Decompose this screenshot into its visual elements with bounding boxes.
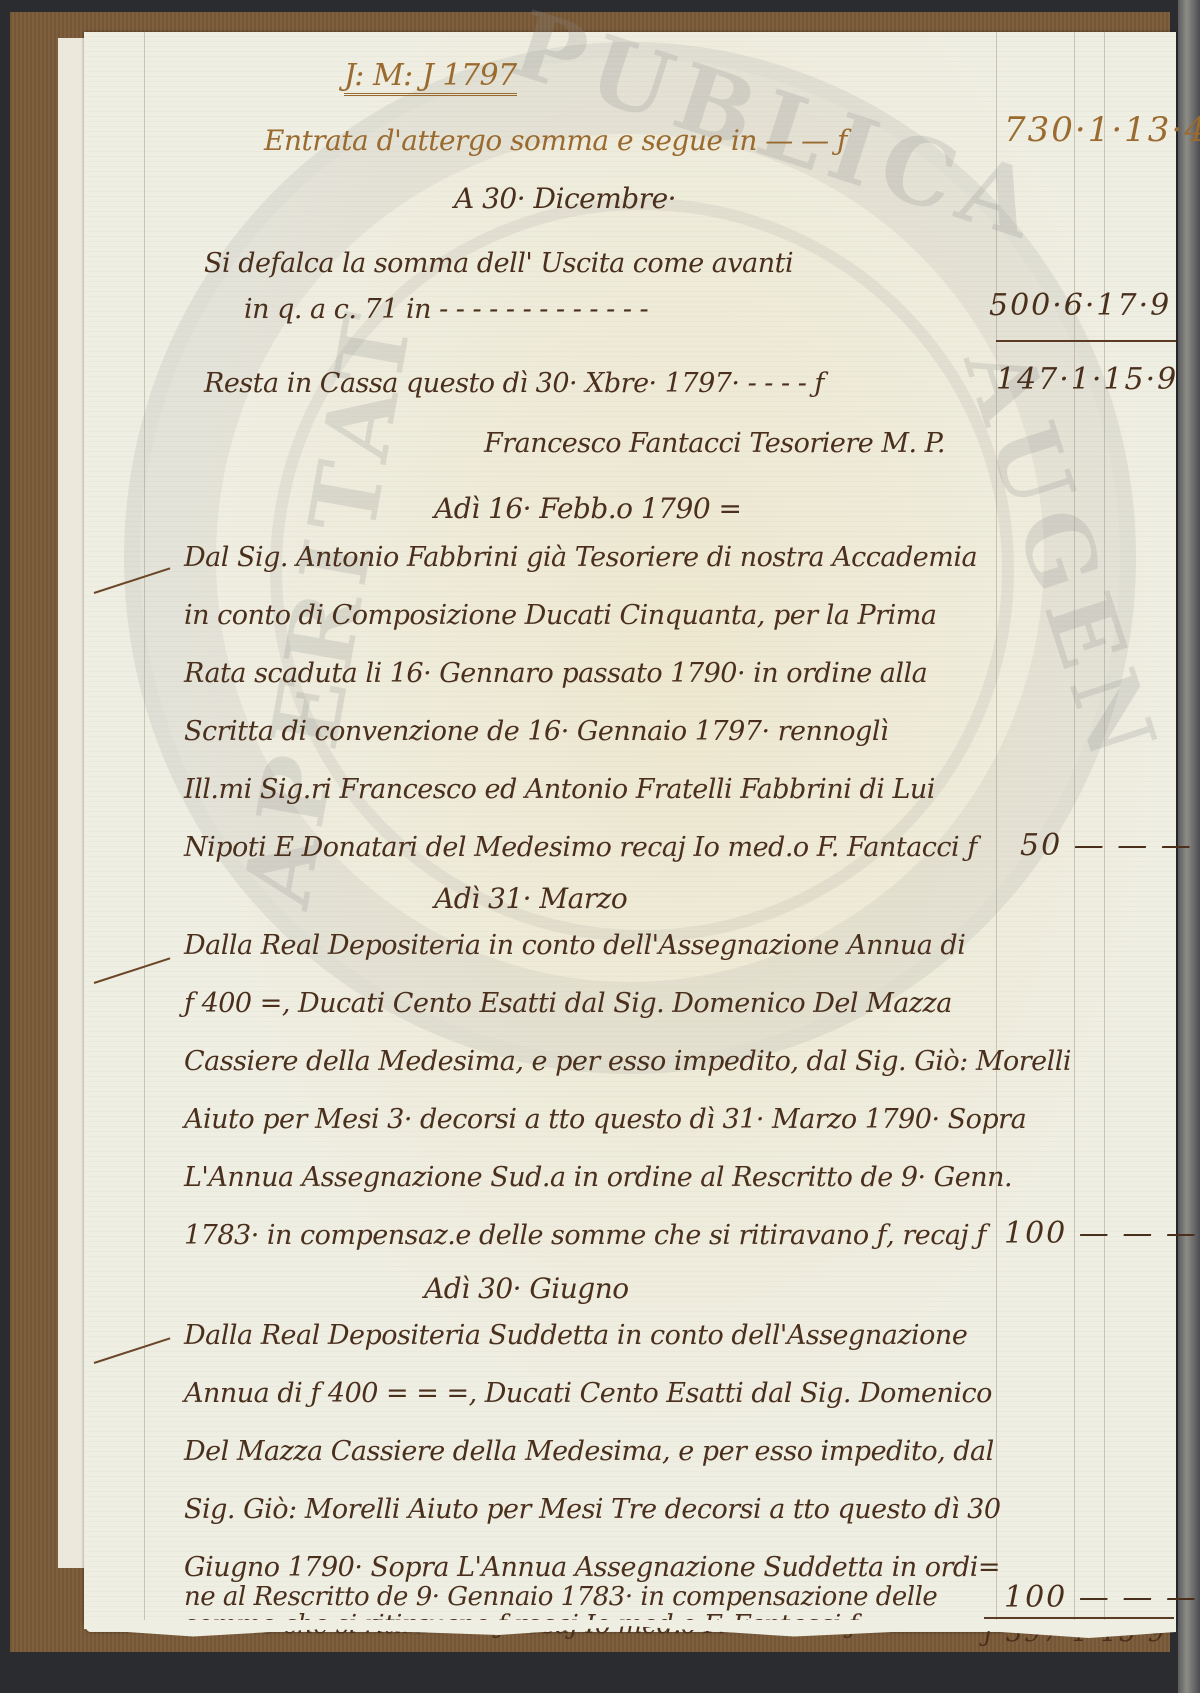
entry-depositeria-2-line-6: ne al Rescritto de 9· Gennaio 1783· in c… — [184, 1582, 937, 1612]
entry-depositeria-2-line-3: Del Mazza Cassiere della Medesima, e per… — [184, 1436, 994, 1467]
entry-depositeria-2-amount: 100 — — — — [1004, 1580, 1198, 1615]
entry-depositeria-1-amount: 100 — — — — [1004, 1216, 1198, 1251]
entry-depositeria-2-line-1: Dalla Real Depositeria Suddetta in conto… — [184, 1320, 967, 1351]
deduction-line-1: Si defalca la somma dell' Uscita come av… — [204, 248, 793, 279]
entry-margin-mark — [94, 567, 171, 594]
entry-fabbrini-line-5: Ill.mi Sig.ri Francesco ed Antonio Frate… — [184, 774, 935, 805]
page-header: J: M: J 1797 — [344, 58, 517, 96]
balance-line: Resta in Cassa questo dì 30· Xbre· 1797·… — [204, 368, 824, 399]
entry-depositeria-2-line-2: Annua di ƒ 400 = = =, Ducati Cento Esatt… — [184, 1378, 992, 1409]
entry-margin-mark — [94, 957, 171, 984]
date-heading-30-dec: A 30· Dicembre· — [454, 182, 676, 215]
balance-amount: 147·1·15·9 — [996, 362, 1178, 397]
deduction-line-2: in q. a c. 71 in - - - - - - - - - - - -… — [244, 294, 648, 325]
entry-depositeria-2-line-5: Giugno 1790· Sopra L'Annua Assegnazione … — [184, 1552, 1000, 1583]
entry-fabbrini-line-6: Nipoti E Donatari del Medesimo recaj Io … — [184, 832, 977, 863]
watermark-text-right: AUGEN — [943, 333, 1180, 780]
deduction-amount: 500·6·17·9 — [989, 288, 1171, 323]
entry-depositeria-1-line-2: ƒ 400 =, Ducati Cento Esatti dal Sig. Do… — [184, 988, 952, 1019]
entry-fabbrini-line-3: Rata scaduta li 16· Gennaro passato 1790… — [184, 658, 927, 689]
date-heading-30-jun: Adì 30· Giugno — [424, 1272, 629, 1305]
treasurer-signature: Francesco Fantacci Tesoriere M. P. — [484, 428, 945, 459]
entry-depositeria-1-line-4: Aiuto per Mesi 3· decorsi a tto questo d… — [184, 1104, 1026, 1135]
ledger-page: PUBLICA APERITAT AUGEN J: M: J 1797 Entr… — [84, 32, 1176, 1632]
entry-depositeria-2-line-4: Sig. Giò: Morelli Aiuto per Mesi Tre dec… — [184, 1494, 1001, 1525]
entry-fabbrini-line-2: in conto di Composizione Ducati Cinquant… — [184, 600, 936, 631]
amount-column-rule — [996, 32, 997, 1632]
entry-depositeria-1-line-5: L'Annua Assegnazione Sud.a in ordine al … — [184, 1162, 1012, 1193]
carried-forward-amount: 730·1·13·4 — [1004, 110, 1200, 150]
subtotal-rule — [996, 340, 1176, 342]
entry-fabbrini-line-4: Scritta di convenzione de 16· Gennaio 17… — [184, 716, 888, 747]
carried-forward-line: Entrata d'attergo somma e segue in — — ƒ — [264, 124, 847, 157]
entry-depositeria-1-line-1: Dalla Real Depositeria in conto dell'Ass… — [184, 930, 965, 961]
entry-fabbrini-line-1: Dal Sig. Antonio Fabbrini già Tesoriere … — [184, 542, 977, 573]
entry-margin-mark — [94, 1337, 171, 1364]
entry-depositeria-1-line-6: 1783· in compensaz.e delle somme che si … — [184, 1220, 986, 1251]
entry-fabbrini-amount: 50 — — — — [1020, 828, 1193, 863]
page-gutter-strip — [58, 38, 85, 1568]
date-heading-16-feb: Adì 16· Febb.o 1790 = — [434, 492, 742, 525]
entry-depositeria-1-line-3: Cassiere della Medesima, e per esso impe… — [184, 1046, 1071, 1077]
date-heading-31-mar: Adì 31· Marzo — [434, 882, 627, 915]
margin-rule-left — [144, 32, 145, 1632]
